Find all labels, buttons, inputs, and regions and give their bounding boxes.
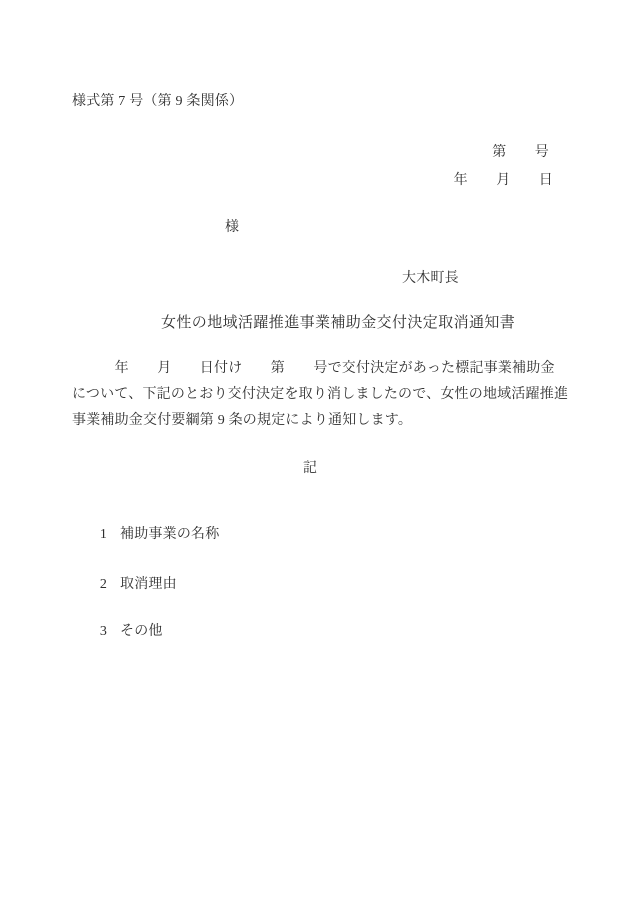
item-number: 1 [100, 527, 107, 542]
item-number: 3 [100, 624, 107, 639]
form-number-label: 様式第 7 号（第 9 条関係） [72, 94, 243, 110]
sender-title: 大木町長 [402, 271, 459, 287]
item-number: 2 [100, 577, 107, 592]
document-title: 女性の地域活躍推進事業補助金交付決定取消通知書 [161, 315, 515, 331]
document-number-line: 第 号 [492, 145, 549, 161]
item-label: 取消理由 [120, 577, 177, 592]
list-item: 1補助事業の名称 [85, 511, 219, 559]
body-paragraph-line: 事業補助金交付要綱第 9 条の規定により通知します。 [72, 413, 412, 429]
document-date-line: 年 月 日 [454, 173, 553, 189]
record-marker: 記 [303, 461, 317, 477]
body-paragraph-line: 年 月 日付け 第 号で交付決定があった標記事業補助金 [72, 361, 555, 377]
document-page: 様式第 7 号（第 9 条関係） 第 号 年 月 日 様 大木町長 女性の地域活… [0, 0, 630, 903]
list-item: 2取消理由 [85, 561, 177, 609]
list-item: 3その他 [85, 608, 163, 656]
item-label: 補助事業の名称 [120, 527, 219, 542]
item-label: その他 [120, 624, 163, 639]
body-paragraph-line: について、下記のとおり交付決定を取り消しましたので、女性の地域活躍推進 [72, 387, 568, 403]
addressee-honorific: 様 [225, 220, 239, 236]
